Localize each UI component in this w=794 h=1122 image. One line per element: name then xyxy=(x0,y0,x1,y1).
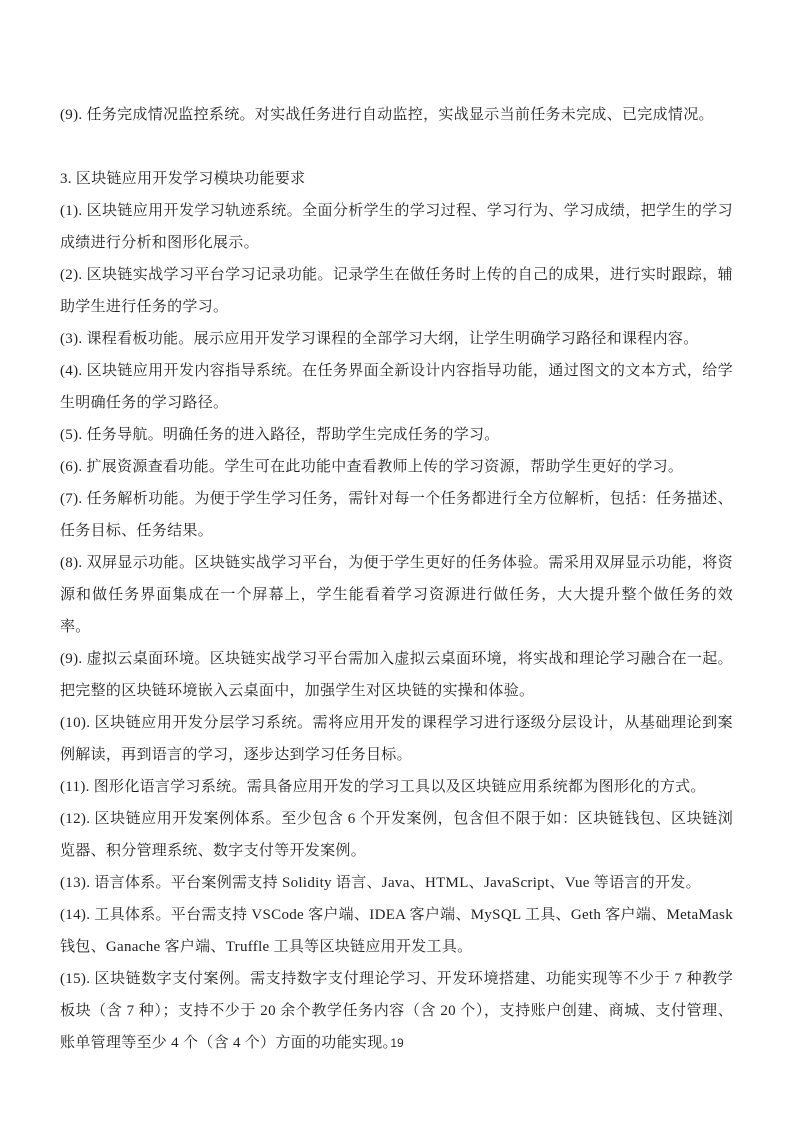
document-page: (9). 任务完成情况监控系统。对实战任务进行自动监控，实战显示当前任务未完成、… xyxy=(0,0,794,1122)
list-item-3: (3). 课程看板功能。展示应用开发学习课程的全部学习大纲，让学生明确学习路径和… xyxy=(60,323,733,355)
list-item-14: (14). 工具体系。平台需支持 VSCode 客户端、IDEA 客户端、MyS… xyxy=(60,899,733,963)
list-item-1: (1). 区块链应用开发学习轨迹系统。全面分析学生的学习过程、学习行为、学习成绩… xyxy=(60,195,733,259)
list-item-13: (13). 语言体系。平台案例需支持 Solidity 语言、Java、HTML… xyxy=(60,867,733,899)
list-item-4: (4). 区块链应用开发内容指导系统。在任务界面全新设计内容指导功能，通过图文的… xyxy=(60,355,733,419)
list-item-10: (10). 区块链应用开发分层学习系统。需将应用开发的课程学习进行逐级分层设计，… xyxy=(60,707,733,771)
blank-line xyxy=(60,131,733,163)
continued-list-item: (9). 任务完成情况监控系统。对实战任务进行自动监控，实战显示当前任务未完成、… xyxy=(60,99,733,131)
list-item-2: (2). 区块链实战学习平台学习记录功能。记录学生在做任务时上传的自己的成果，进… xyxy=(60,259,733,323)
list-item-12: (12). 区块链应用开发案例体系。至少包含 6 个开发案例，包含但不限于如：区… xyxy=(60,803,733,867)
section-heading: 3. 区块链应用开发学习模块功能要求 xyxy=(60,163,733,195)
list-item-5: (5). 任务导航。明确任务的进入路径，帮助学生完成任务的学习。 xyxy=(60,419,733,451)
page-number: 19 xyxy=(0,1036,794,1050)
document-body: (9). 任务完成情况监控系统。对实战任务进行自动监控，实战显示当前任务未完成、… xyxy=(60,99,733,1059)
list-item-11: (11). 图形化语言学习系统。需具备应用开发的学习工具以及区块链应用系统都为图… xyxy=(60,771,733,803)
list-item-7: (7). 任务解析功能。为便于学生学习任务，需针对每一个任务都进行全方位解析，包… xyxy=(60,483,733,547)
list-item-9: (9). 虚拟云桌面环境。区块链实战学习平台需加入虚拟云桌面环境，将实战和理论学… xyxy=(60,643,733,707)
list-item-6: (6). 扩展资源查看功能。学生可在此功能中查看教师上传的学习资源，帮助学生更好… xyxy=(60,451,733,483)
list-item-8: (8). 双屏显示功能。区块链实战学习平台，为便于学生更好的任务体验。需采用双屏… xyxy=(60,547,733,643)
